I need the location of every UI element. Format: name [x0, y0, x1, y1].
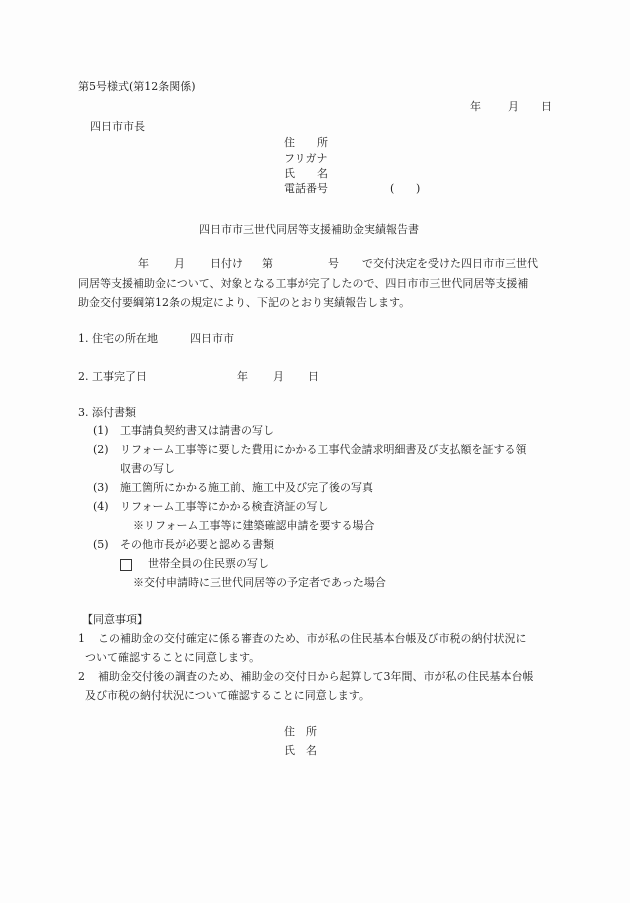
applicant-name-label: 氏 名	[284, 166, 328, 182]
consent-2-line1: 補助金交付後の調査のため、補助金の交付日から起算して3年間、市が私の住民基本台帳	[98, 667, 534, 686]
attachment-1-num: (1)	[93, 421, 109, 440]
attachment-2-num: (2)	[93, 440, 109, 459]
signature-address-label: 住 所	[284, 722, 317, 741]
intro-line3: 助金交付要綱第12条の規定により、下記のとおり実績報告します。	[78, 293, 410, 312]
item-completion-label: 2. 工事完了日	[78, 367, 147, 386]
item-location-value: 四日市市	[190, 329, 234, 348]
consent-1-num: 1	[78, 629, 85, 648]
attachment-1-text: 工事請負契約書又は請書の写し	[120, 421, 274, 440]
consent-1-line2: ついて確認することに同意します。	[85, 648, 260, 667]
consent-2-line2: 及び市税の納付状況について確認することに同意します。	[85, 686, 370, 705]
attachment-4-num: (4)	[93, 497, 109, 516]
attachment-5-note: ※交付申請時に三世代同居等の予定者であった場合	[133, 573, 386, 592]
completion-year: 年	[237, 367, 248, 386]
resident-record-checkbox[interactable]	[120, 559, 132, 571]
applicant-phone-label: 電話番号	[284, 181, 328, 197]
applicant-address-label: 住 所	[284, 135, 328, 151]
attachment-5-checkbox-label: 世帯全員の住民票の写し	[148, 554, 269, 573]
intro-month: 月	[174, 254, 185, 273]
attachment-4-text: リフォーム工事等にかかる検査済証の写し	[120, 497, 328, 516]
item-location-label: 1. 住宅の所在地	[78, 329, 158, 348]
attachment-5-num: (5)	[93, 535, 109, 554]
consent-heading: 【同意事項】	[82, 610, 148, 629]
attachment-3-text: 施工箇所にかかる施工前、施工中及び完了後の写真	[120, 478, 373, 497]
attachments-label: 3. 添付書類	[78, 403, 136, 422]
phone-paren-open: (	[390, 181, 394, 197]
completion-day: 日	[308, 367, 319, 386]
document-title: 四日市市三世代同居等支援補助金実績報告書	[199, 220, 419, 239]
applicant-furigana-label: フリガナ	[284, 151, 327, 167]
intro-year: 年	[138, 254, 149, 273]
intro-gou: 号	[328, 254, 339, 273]
signature-name-label: 氏 名	[284, 741, 317, 760]
attachment-4-note: ※リフォーム工事等に建築確認申請を要する場合	[133, 516, 374, 535]
attachment-2-text: リフォーム工事等に要した費用にかかる工事代金請求明細書及び支払額を証する領	[120, 440, 526, 459]
completion-month: 月	[273, 367, 284, 386]
phone-paren-close: )	[416, 181, 420, 197]
date-year: 年	[470, 97, 481, 116]
intro-day: 日付け	[210, 254, 243, 273]
attachment-3-num: (3)	[93, 478, 109, 497]
intro-line2: 同居等支援補助金について、対象となる工事が完了したので、四日市市三世代同居等支援…	[78, 274, 528, 293]
attachment-2-cont: 収書の写し	[120, 459, 175, 478]
date-day: 日	[541, 97, 552, 116]
attachment-5-text: その他市長が必要と認める書類	[120, 535, 274, 554]
consent-1-line1: この補助金の交付確定に係る審査のため、市が私の住民基本台帳及び市税の納付状況に	[98, 629, 527, 648]
intro-dai: 第	[262, 254, 273, 273]
intro-line1-rest: で交付決定を受けた四日市市三世代	[362, 254, 538, 273]
date-month: 月	[508, 97, 519, 116]
consent-2-num: 2	[78, 667, 85, 686]
addressee: 四日市市長	[90, 117, 145, 136]
form-number: 第5号様式(第12条関係)	[78, 77, 196, 96]
